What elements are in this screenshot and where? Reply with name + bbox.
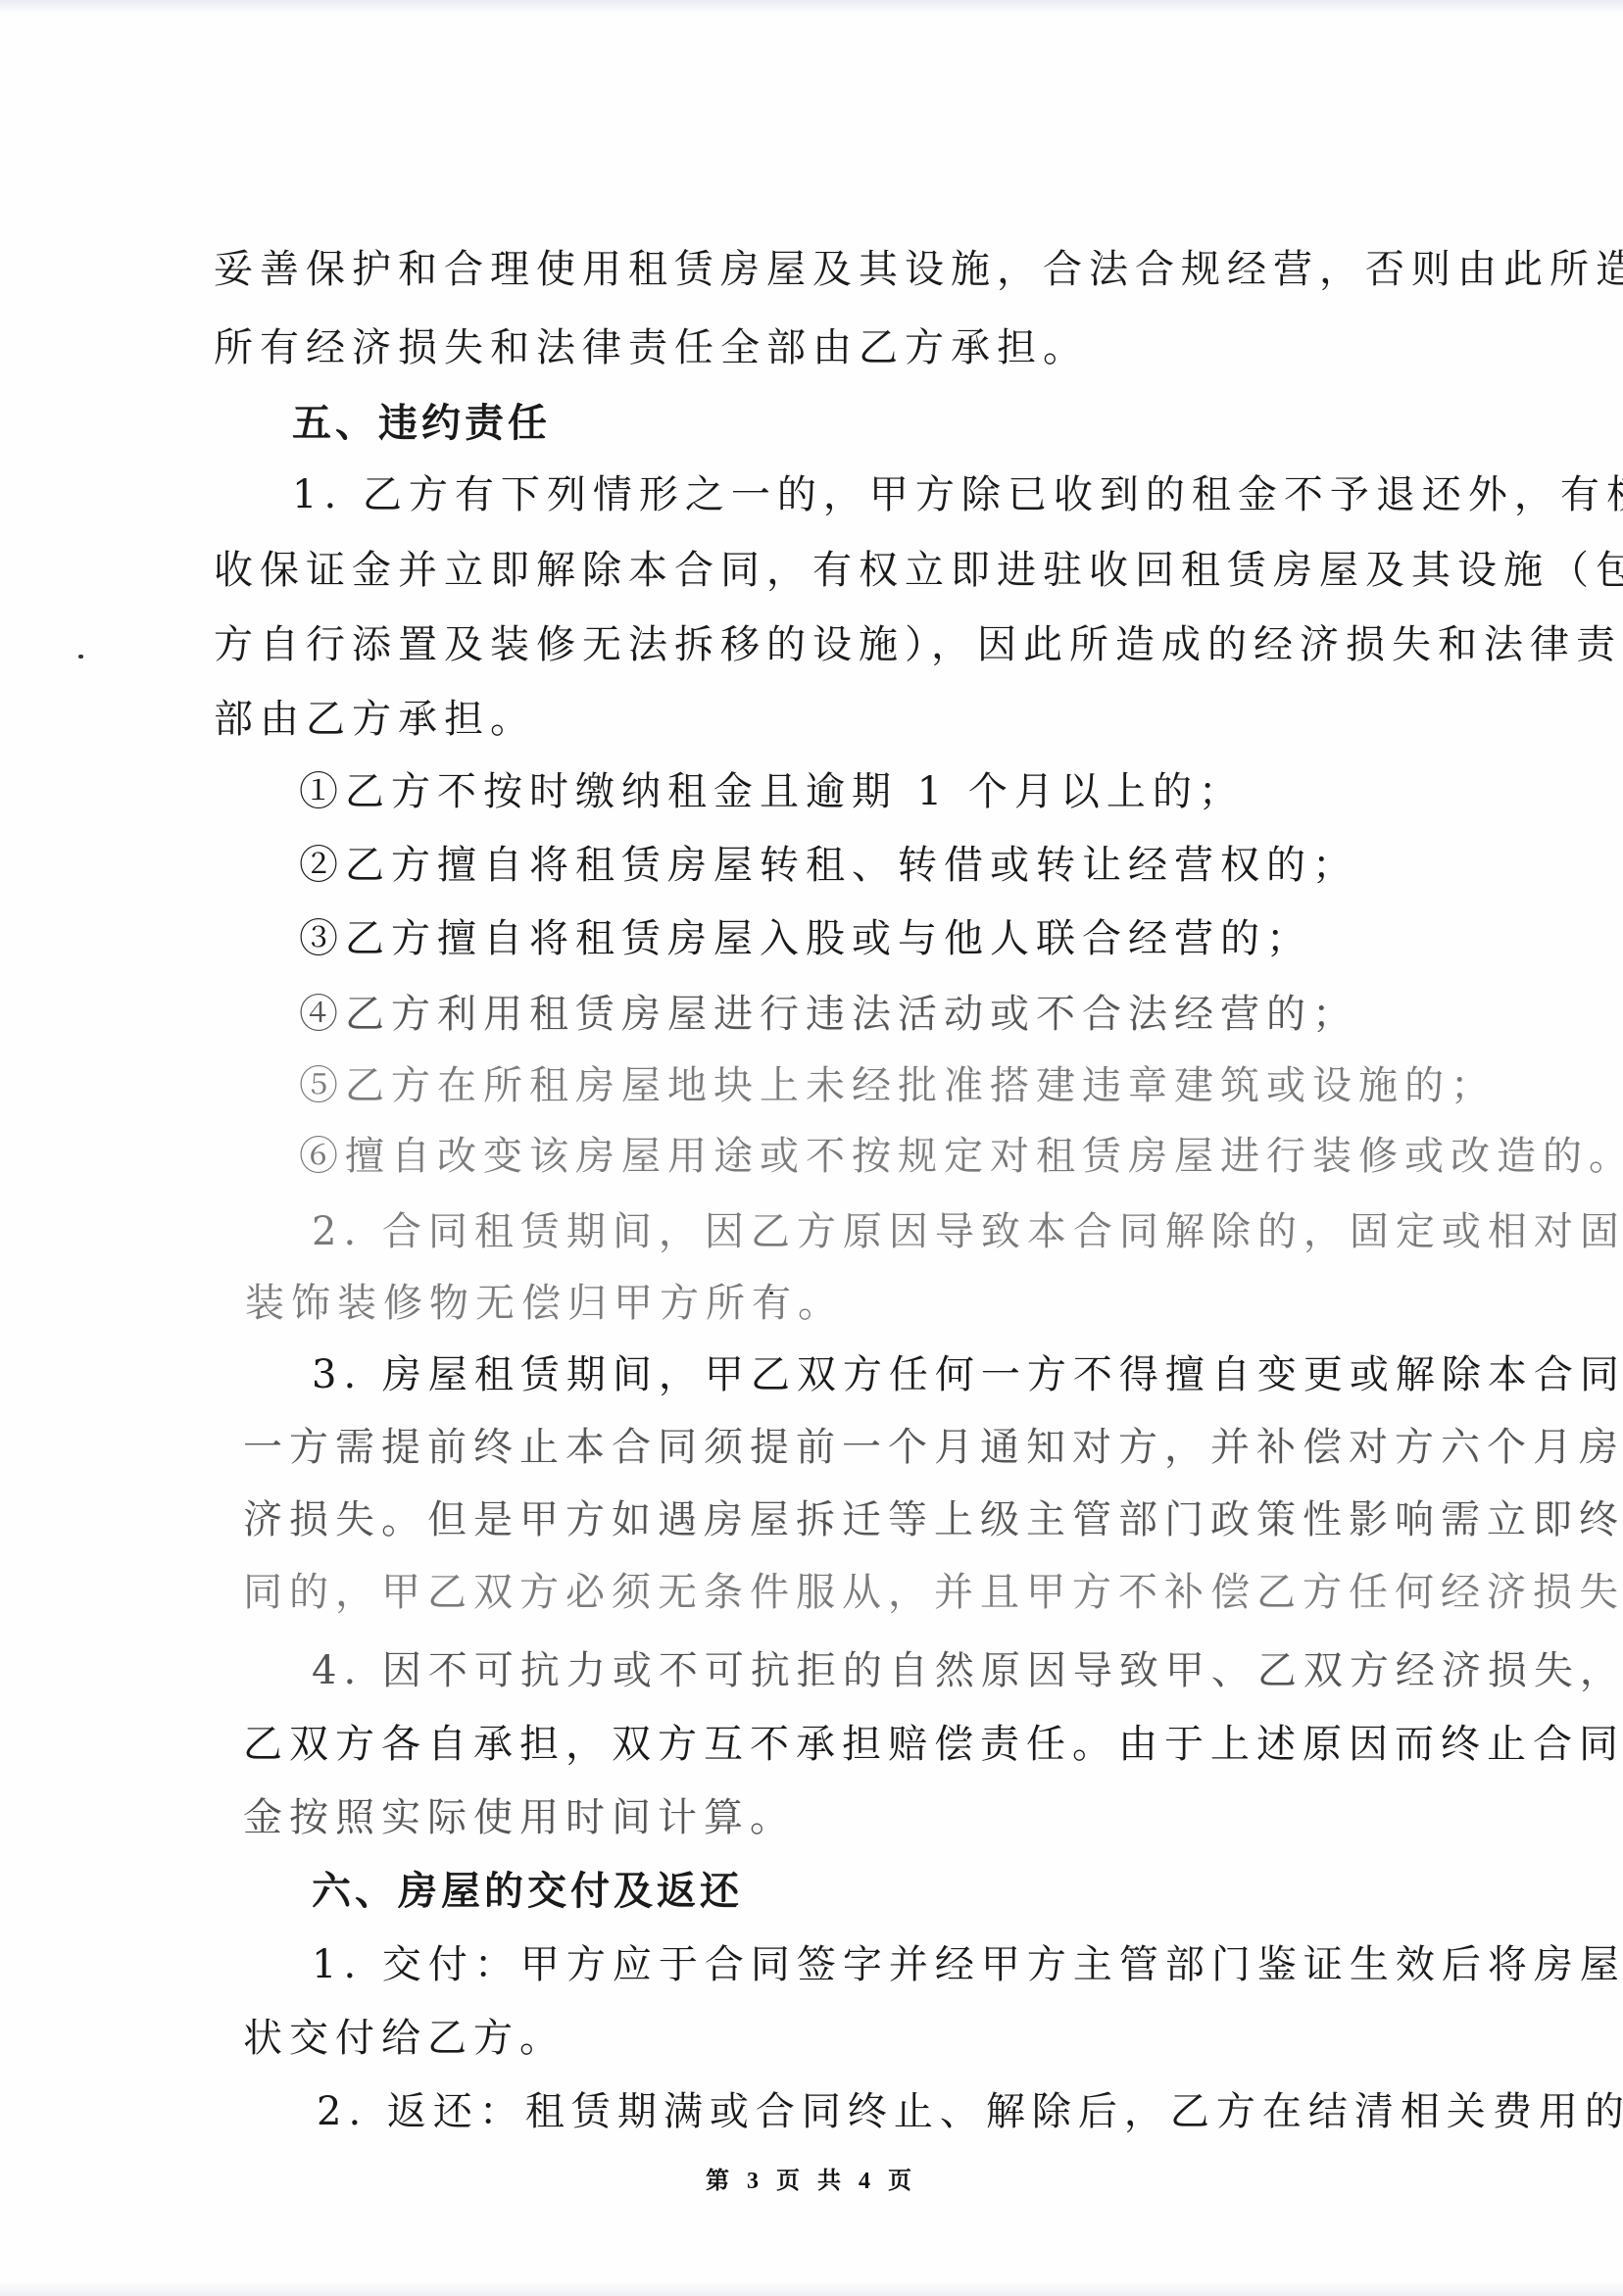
clause-line: 同的，甲乙双方必须无条件服从，并且甲方不补偿乙方任何经济损失。 <box>243 1568 1623 1617</box>
scan-edge-bottom <box>0 2282 1623 2296</box>
clause-line: 乙双方各自承担，双方互不承担赔偿责任。由于上述原因而终止合同的，租 <box>243 1720 1623 1769</box>
body-line: 妥善保护和合理使用租赁房屋及其设施，合法合规经营，否则由此所造成的 <box>214 245 1623 294</box>
clause-line: 2. 返还：租赁期满或合同终止、解除后，乙方在结清相关费用的基础 <box>317 2087 1623 2136</box>
clause-line: 2. 合同租赁期间，因乙方原因导致本合同解除的，固定或相对固定的 <box>312 1207 1623 1256</box>
list-item: ⑥擅自改变该房屋用途或不按规定对租赁房屋进行装修或改造的。 <box>299 1132 1623 1181</box>
list-item: ③乙方擅自将租赁房屋入股或与他人联合经营的； <box>299 914 1312 963</box>
body-line: 所有经济损失和法律责任全部由乙方承担。 <box>214 323 1089 372</box>
clause-line: 一方需提前终止本合同须提前一个月通知对方，并补偿对方六个月房租的经 <box>243 1423 1623 1472</box>
scan-edge-top <box>0 0 1623 14</box>
list-item: ⑤乙方在所租房屋地块上未经批准搭建违章建筑或设施的； <box>299 1061 1497 1110</box>
clause-line: 方自行添置及装修无法拆移的设施），因此所造成的经济损失和法律责任全 <box>214 620 1623 669</box>
page-number-footer: 第 3 页 共 4 页 <box>0 2161 1623 2195</box>
clause-line: 状交付给乙方。 <box>243 2014 566 2063</box>
clause-line: 济损失。但是甲方如遇房屋拆迁等上级主管部门政策性影响需立即终止本合 <box>243 1495 1623 1544</box>
list-item: ②乙方擅自将租赁房屋转租、转借或转让经营权的； <box>299 841 1358 890</box>
clause-line: 金按照实际使用时间计算。 <box>243 1793 796 1842</box>
document-page: 妥善保护和合理使用租赁房屋及其设施，合法合规经营，否则由此所造成的 所有经济损失… <box>0 0 1623 2296</box>
clause-line: 收保证金并立即解除本合同，有权立即进驻收回租赁房屋及其设施（包含乙 <box>214 546 1623 595</box>
clause-line: 1. 乙方有下列情形之一的，甲方除已收到的租金不予退还外，有权没 <box>292 470 1623 519</box>
list-item: ①乙方不按时缴纳租金且逾期 1 个月以上的； <box>299 767 1245 816</box>
section-heading-delivery-return: 六、房屋的交付及返还 <box>312 1867 743 1916</box>
clause-line: 3. 房屋租赁期间，甲乙双方任何一方不得擅自变更或解除本合同。如 <box>312 1350 1623 1399</box>
clause-line: 4. 因不可抗力或不可抗拒的自然原因导致甲、乙双方经济损失，甲、 <box>312 1646 1623 1695</box>
clause-line: 部由乙方承担。 <box>214 695 536 744</box>
list-item: ④乙方利用租赁房屋进行违法活动或不合法经营的； <box>299 990 1358 1039</box>
section-heading-breach-liability: 五、违约责任 <box>292 399 551 448</box>
clause-line: 1. 交付：甲方应于合同签字并经甲方主管部门鉴证生效后将房屋按现 <box>312 1940 1623 1989</box>
clause-line: 装饰装修物无偿归甲方所有。 <box>245 1279 844 1328</box>
scan-speck <box>769 1292 773 1295</box>
scan-speck <box>78 655 83 659</box>
